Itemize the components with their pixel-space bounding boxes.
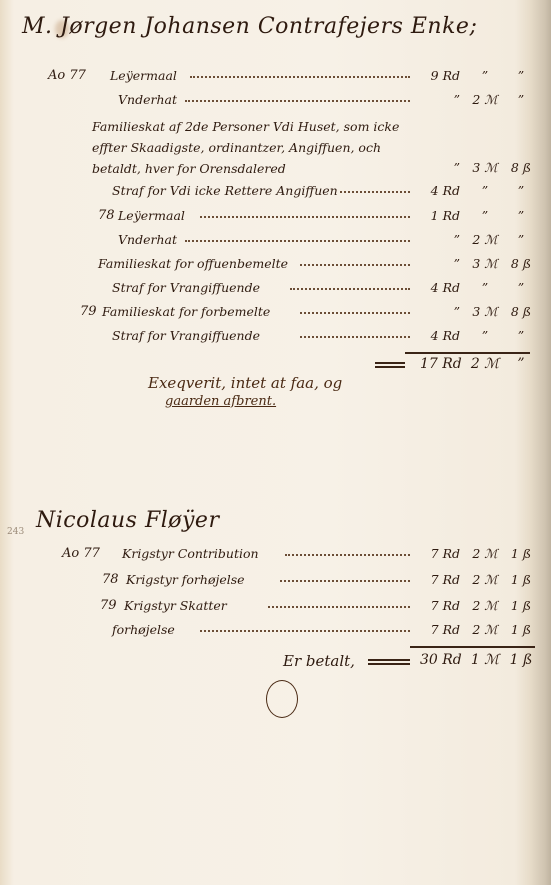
amount-mk: 2 ℳ — [470, 598, 500, 613]
amount-sk: 1 ß — [506, 598, 536, 613]
amount-rd: ” — [420, 232, 460, 247]
amount-mk: 2 ℳ — [470, 92, 500, 107]
total-rd: 17 Rd — [420, 356, 460, 372]
section2-heading-text: Nicolaus Fløÿer — [36, 508, 219, 533]
ledger-row: Ao 77 Leÿermaal 9 Rd ” ” — [0, 68, 551, 88]
amount-rd: 7 Rd — [420, 546, 460, 561]
amount-rd: 7 Rd — [420, 598, 460, 613]
amount-mk: ” — [470, 183, 500, 198]
entry-year: Ao 77 — [48, 68, 86, 83]
amount-sk: ” — [506, 68, 536, 83]
amount-rd: ” — [420, 304, 460, 319]
amount-mk: 2 ℳ — [470, 572, 500, 587]
amount-rd: ” — [420, 256, 460, 271]
entry-desc: Leÿermaal — [110, 68, 177, 83]
amount-sk: ” — [506, 208, 536, 223]
amount-rd: 7 Rd — [420, 622, 460, 637]
amount-sk: ” — [506, 232, 536, 247]
entry-desc: Familieskat for offuenbemelte — [98, 256, 288, 271]
total-rule — [405, 352, 530, 354]
amount-sk: 8 ß — [506, 256, 536, 271]
amount-rd: 7 Rd — [420, 572, 460, 587]
entry-desc: Straf for Vrangiffuende — [112, 280, 260, 295]
paid-label: Er betalt, — [283, 652, 355, 670]
total-mk: 2 ℳ — [470, 356, 500, 372]
amount-sk: 1 ß — [506, 572, 536, 587]
entry-desc: Krigstyr Skatter — [124, 598, 227, 613]
ledger-row: Straf for Vdi icke Rettere Angiffuen 4 R… — [0, 183, 551, 203]
ledger-row: 79 Familieskat for forbemelte ” 3 ℳ 8 ß — [0, 304, 551, 324]
amount-rd: 1 Rd — [420, 208, 460, 223]
margin-page-number: 243 — [7, 527, 24, 537]
leader-dots — [280, 572, 410, 582]
ledger-row: forhøjelse 7 Rd 2 ℳ 1 ß — [0, 622, 551, 642]
leader-dots — [190, 68, 410, 78]
amount-rd: ” — [420, 160, 460, 175]
entry-desc: Familieskat for forbemelte — [102, 304, 270, 319]
amount-mk: ” — [470, 208, 500, 223]
entry-year: 79 — [100, 598, 117, 613]
amount-rd: 4 Rd — [420, 328, 460, 343]
execution-note-line2: gaarden afbrent. — [165, 394, 276, 409]
amount-sk: 1 ß — [506, 546, 536, 561]
leader-dots — [300, 304, 410, 314]
ledger-row: Familieskat for offuenbemelte ” 3 ℳ 8 ß — [0, 256, 551, 276]
total-sk: 1 ß — [506, 652, 536, 668]
amount-mk: 2 ℳ — [470, 232, 500, 247]
entry-desc: Straf for Vrangiffuende — [112, 328, 260, 343]
total-mk: 1 ℳ — [470, 652, 500, 668]
amount-sk: ” — [506, 328, 536, 343]
amount-mk: 3 ℳ — [470, 304, 500, 319]
entry-desc: Leÿermaal — [118, 208, 185, 223]
entry-year: Ao 77 — [62, 546, 100, 561]
entry-desc: Krigstyr forhøjelse — [126, 572, 245, 587]
section2-total-row: Er betalt, 30 Rd 1 ℳ 1 ß — [0, 652, 551, 672]
section1-heading: M. Jørgen Johansen Contrafejers Enke; — [22, 14, 477, 39]
execution-note-line1: Exeqverit, intet at faa, og — [148, 374, 342, 392]
ledger-row-multiline: Familieskat af 2de Personer Vdi Huset, s… — [0, 116, 551, 182]
entry-desc: forhøjelse — [112, 622, 175, 637]
entry-desc: Vnderhat — [118, 232, 177, 247]
amount-mk: 3 ℳ — [470, 160, 500, 175]
ledger-row: Vnderhat ” 2 ℳ ” — [0, 232, 551, 252]
ledger-row: Straf for Vrangiffuende 4 Rd ” ” — [0, 280, 551, 300]
amount-mk: 3 ℳ — [470, 256, 500, 271]
entry-year: 78 — [102, 572, 119, 587]
amount-sk: ” — [506, 92, 536, 107]
entry-desc: Krigstyr Contribution — [122, 546, 259, 561]
amount-rd: 9 Rd — [420, 68, 460, 83]
section2-heading: Nicolaus Fløÿer — [36, 508, 219, 533]
amount-sk: 8 ß — [506, 160, 536, 175]
amount-mk: ” — [470, 68, 500, 83]
entry-desc: Familieskat af 2de Personer Vdi Huset, s… — [92, 116, 422, 179]
total-sk: ” — [506, 356, 536, 372]
amount-sk: 8 ß — [506, 304, 536, 319]
amount-sk: ” — [506, 280, 536, 295]
total-rule — [410, 646, 535, 648]
leader-dots — [200, 208, 410, 218]
leader-dots — [268, 598, 410, 608]
amount-mk: ” — [470, 280, 500, 295]
entry-desc: Vnderhat — [118, 92, 177, 107]
ledger-row: Vnderhat ” 2 ℳ ” — [0, 92, 551, 112]
section1-total-row: 17 Rd 2 ℳ ” — [0, 356, 551, 376]
ledger-row: 79 Krigstyr Skatter 7 Rd 2 ℳ 1 ß — [0, 598, 551, 618]
ledger-page: 243 M. Jørgen Johansen Contrafejers Enke… — [0, 0, 551, 885]
amount-mk: 2 ℳ — [470, 622, 500, 637]
amount-sk: ” — [506, 183, 536, 198]
total-rd: 30 Rd — [420, 652, 460, 668]
amount-mk: ” — [470, 328, 500, 343]
ledger-row: 78 Krigstyr forhøjelse 7 Rd 2 ℳ 1 ß — [0, 572, 551, 592]
leader-dots — [185, 92, 410, 102]
entry-year: 79 — [80, 304, 97, 319]
entry-year: 78 — [98, 208, 115, 223]
leader-dots — [340, 183, 410, 193]
amount-sk: 1 ß — [506, 622, 536, 637]
leader-dots — [285, 546, 410, 556]
leader-dots — [300, 328, 410, 338]
section1-heading-text: M. Jørgen Johansen Contrafejers Enke; — [22, 14, 477, 39]
amount-rd: 4 Rd — [420, 280, 460, 295]
paid-flourish — [266, 680, 298, 718]
ledger-row: Ao 77 Krigstyr Contribution 7 Rd 2 ℳ 1 ß — [0, 546, 551, 566]
leader-dots — [200, 622, 410, 632]
amount-rd: ” — [420, 92, 460, 107]
entry-desc: Straf for Vdi icke Rettere Angiffuen — [112, 183, 338, 198]
amount-rd: 4 Rd — [420, 183, 460, 198]
leader-dots — [185, 232, 410, 242]
leader-dots — [290, 280, 410, 290]
amount-mk: 2 ℳ — [470, 546, 500, 561]
ledger-row: Straf for Vrangiffuende 4 Rd ” ” — [0, 328, 551, 348]
leader-dots — [300, 256, 410, 266]
ledger-row: 78 Leÿermaal 1 Rd ” ” — [0, 208, 551, 228]
